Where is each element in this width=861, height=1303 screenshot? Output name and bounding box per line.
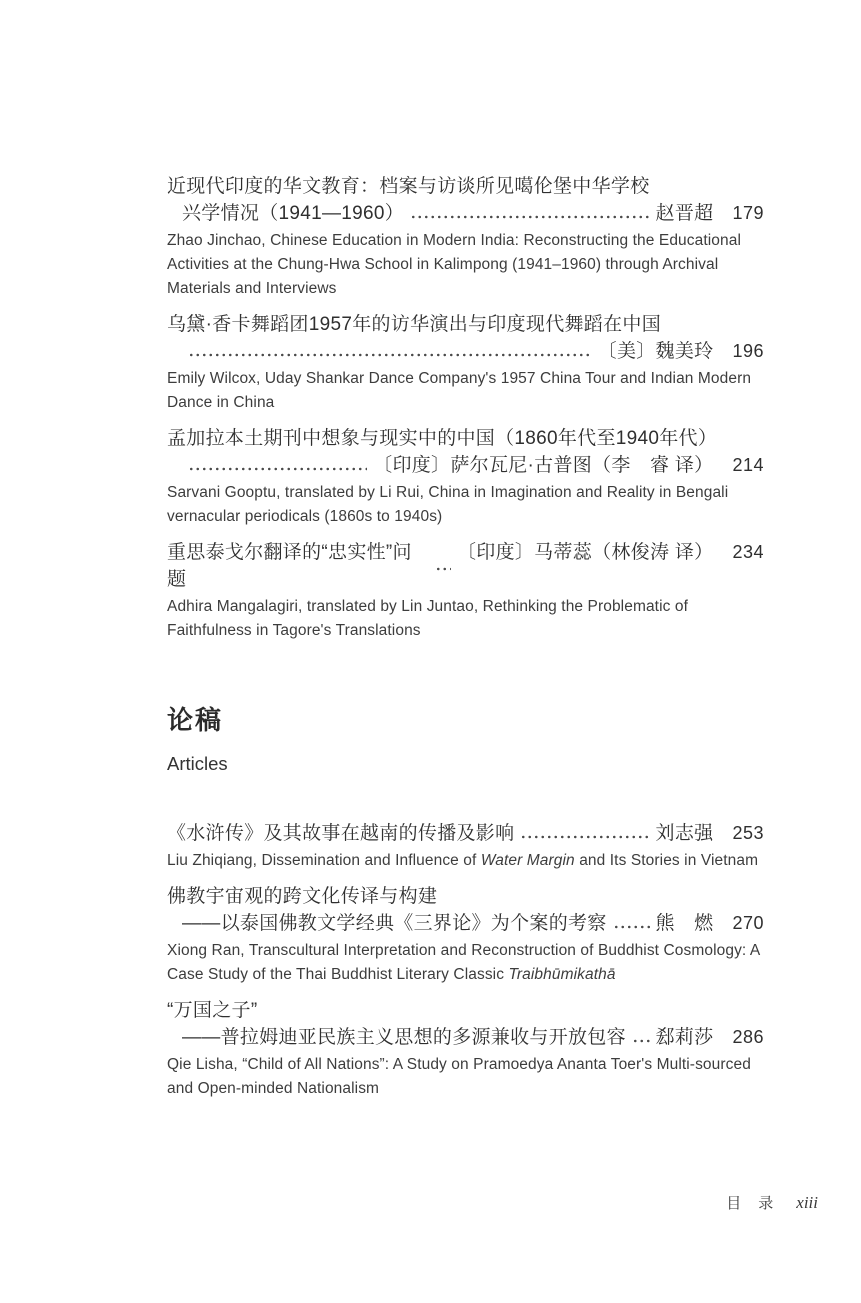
entry-title-zh-cont: 兴学情况（1941—1960） 赵晋超 179 [167,200,764,227]
entry-author: 刘志强 [656,820,714,847]
entry-title-en: Zhao Jinchao, Chinese Education in Moder… [167,229,764,301]
toc-entry: 近现代印度的华文教育：档案与访谈所见噶伦堡中华学校 兴学情况（1941—1960… [167,173,764,301]
toc-entry: 重思泰戈尔翻译的“忠实性”问题 〔印度〕马蒂蕊（林俊涛 译） 234 Adhir… [167,539,764,643]
entry-title-en-text: Qie Lisha, “Child of All Nations”: A Stu… [167,1056,751,1097]
entry-title-en: Xiong Ran, Transcultural Interpretation … [167,939,764,987]
entry-title-en-text: Sarvani Gooptu, translated by Li Rui, Ch… [167,484,728,525]
toc-entry: 乌黛·香卡舞蹈团1957年的访华演出与印度现代舞蹈在中国 〔美〕魏美玲 196 … [167,311,764,415]
entry-title-en-text: Emily Wilcox, Uday Shankar Dance Company… [167,370,751,411]
entry-title-zh: 《水浒传》及其故事在越南的传播及影响 刘志强 253 [167,820,764,847]
entry-title-en-italic: Water Margin [481,852,575,869]
entry-title-en: Adhira Mangalagiri, translated by Lin Ju… [167,595,764,643]
entry-title-en: Emily Wilcox, Uday Shankar Dance Company… [167,367,764,415]
footer-section-label: 目 录 [726,1192,774,1213]
entry-title-en-text: Adhira Mangalagiri, translated by Lin Ju… [167,598,688,639]
entry-leader-line: 〔印度〕萨尔瓦尼·古普图（李 睿 译） 214 [167,452,764,479]
entry-title-zh-line2: 兴学情况（1941—1960） [182,200,404,227]
entry-title-en: Sarvani Gooptu, translated by Li Rui, Ch… [167,481,764,529]
entry-title-zh: 佛教宇宙观的跨文化传译与构建 [167,883,764,910]
entry-author: 〔印度〕萨尔瓦尼·古普图（李 睿 译） [373,452,713,479]
entry-page-number: 270 [732,910,764,937]
entry-leader-line: 〔美〕魏美玲 196 [167,338,764,365]
entry-author: 熊 燃 [656,910,714,937]
dot-leader [188,353,592,357]
entry-author: 郄莉莎 [656,1024,714,1051]
toc-entry: 佛教宇宙观的跨文化传译与构建 ——以泰国佛教文学经典《三界论》为个案的考察 熊 … [167,883,764,987]
entry-author: 〔印度〕马蒂蕊（林俊涛 译） [457,539,713,566]
entry-title-en-text: Zhao Jinchao, Chinese Education in Moder… [167,232,741,297]
toc-page: 近现代印度的华文教育：档案与访谈所见噶伦堡中华学校 兴学情况（1941—1960… [0,0,861,1303]
entry-title-zh-cont: ——以泰国佛教文学经典《三界论》为个案的考察 熊 燃 270 [167,910,764,937]
entry-page-number: 234 [732,539,764,566]
entry-title-en: Liu Zhiqiang, Dissemination and Influenc… [167,849,764,873]
page-footer: 目 录 xiii [726,1192,818,1213]
dot-leader [520,835,649,839]
entry-author: 〔美〕魏美玲 [598,338,714,365]
dot-leader [435,567,451,571]
entry-page-number: 214 [732,452,764,479]
toc-entry: “万国之子” ——普拉姆迪亚民族主义思想的多源兼收与开放包容 郄莉莎 286 Q… [167,997,764,1101]
entry-title-zh: 近现代印度的华文教育：档案与访谈所见噶伦堡中华学校 [167,173,764,200]
entry-title-zh: 乌黛·香卡舞蹈团1957年的访华演出与印度现代舞蹈在中国 [167,311,764,338]
entry-title-en-text: Liu Zhiqiang, Dissemination and Influenc… [167,852,481,869]
entry-title-en-text: and Its Stories in Vietnam [575,852,758,869]
entry-page-number: 253 [732,820,764,847]
entry-title-zh-text: 《水浒传》及其故事在越南的传播及影响 [167,820,514,847]
entry-title-en-italic: Traibhūmikathā [508,966,615,983]
footer-page-number: xiii [796,1193,818,1213]
section-title-en: Articles [167,751,764,777]
entry-title-zh-text: 重思泰戈尔翻译的“忠实性”问题 [167,539,429,593]
entry-title-en-text: Xiong Ran, Transcultural Interpretation … [167,942,759,983]
dot-leader [613,925,650,929]
entry-title-zh-cont: ——普拉姆迪亚民族主义思想的多源兼收与开放包容 郄莉莎 286 [167,1024,764,1051]
dot-leader [410,215,650,219]
entry-author: 赵晋超 [656,200,714,227]
entry-title-zh: “万国之子” [167,997,764,1024]
entry-page-number: 196 [732,338,764,365]
section-title-zh: 论稿 [167,703,764,737]
entry-title-zh-line2: ——以泰国佛教文学经典《三界论》为个案的考察 [182,910,607,937]
toc-entry: 《水浒传》及其故事在越南的传播及影响 刘志强 253 Liu Zhiqiang,… [167,820,764,873]
entry-page-number: 179 [732,200,764,227]
entry-page-number: 286 [732,1024,764,1051]
entry-title-zh: 孟加拉本土期刊中想象与现实中的中国（1860年代至1940年代） [167,425,764,452]
toc-entry: 孟加拉本土期刊中想象与现实中的中国（1860年代至1940年代） 〔印度〕萨尔瓦… [167,425,764,529]
entry-title-zh: 重思泰戈尔翻译的“忠实性”问题 〔印度〕马蒂蕊（林俊涛 译） 234 [167,539,764,593]
toc-content: 近现代印度的华文教育：档案与访谈所见噶伦堡中华学校 兴学情况（1941—1960… [167,173,764,1111]
entry-title-zh-line2: ——普拉姆迪亚民族主义思想的多源兼收与开放包容 [182,1024,626,1051]
entry-title-en: Qie Lisha, “Child of All Nations”: A Stu… [167,1053,764,1101]
dot-leader [632,1039,650,1043]
dot-leader [188,467,367,471]
